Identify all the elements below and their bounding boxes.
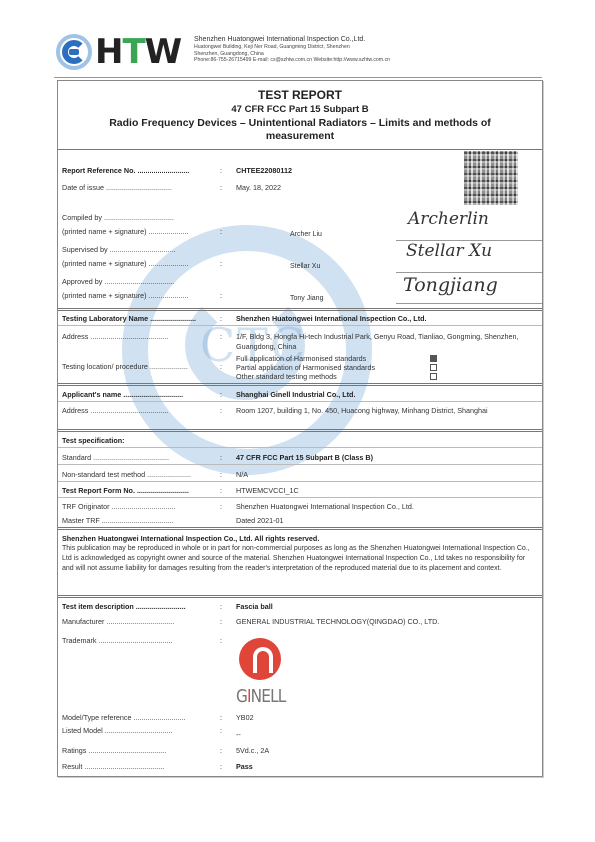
- company-name: Shenzhen Huatongwei International Inspec…: [194, 36, 390, 44]
- ginell-wordmark: GINELL: [236, 686, 285, 707]
- supervised-by-signature: Stellar Xu: [406, 241, 492, 261]
- listed-model-value: --: [236, 730, 241, 740]
- manufacturer-value: GENERAL INDUSTRIAL TECHNOLOGY(QINGDAO) C…: [236, 617, 439, 627]
- standard-value: 47 CFR FCC Part 15 Subpart B (Class B): [236, 453, 373, 463]
- divider: [58, 595, 542, 598]
- copyright-text: This publication may be reproduced in wh…: [62, 544, 536, 573]
- divider: [58, 149, 542, 150]
- lab-name-value: Shenzhen Huatongwei International Inspec…: [236, 314, 426, 324]
- report-standard: 47 CFR FCC Part 15 Subpart B: [58, 104, 542, 115]
- divider: [58, 383, 542, 386]
- copyright-heading: Shenzhen Huatongwei International Inspec…: [62, 534, 319, 543]
- company-address-1: Huatongwei Building, Keji Ner Road, Guan…: [194, 44, 390, 51]
- originator-value: Shenzhen Huatongwei International Inspec…: [236, 502, 414, 512]
- divider: [58, 429, 542, 432]
- compiled-by-signature: Archerlin: [408, 209, 489, 229]
- htw-logo: HTW: [54, 32, 189, 76]
- report-ref-value: CHTEE22080112: [236, 166, 292, 176]
- report-frame: TEST REPORT 47 CFR FCC Part 15 Subpart B…: [57, 80, 543, 777]
- qr-code: [464, 151, 518, 205]
- checkbox-partial[interactable]: [430, 364, 437, 371]
- company-contact: Phone:86-755-26715499 E-mail: cs@szhtw.c…: [194, 57, 390, 64]
- compiled-by-name: Archer Liu: [290, 231, 322, 238]
- company-info: Shenzhen Huatongwei International Inspec…: [194, 36, 390, 64]
- supervised-by-name: Stellar Xu: [290, 263, 320, 270]
- checkbox-other[interactable]: [430, 373, 437, 380]
- item-desc-value: Fascia ball: [236, 602, 273, 612]
- divider: [58, 308, 542, 311]
- approved-by-name: Tony Jiang: [290, 295, 323, 302]
- logo-wordmark: HTW: [95, 34, 181, 70]
- result-value: Pass: [236, 762, 253, 772]
- ginell-circle-icon: [239, 638, 281, 680]
- applicant-name-value: Shanghai Ginell Industrial Co., Ltd.: [236, 390, 355, 400]
- ratings-value: 5Vd.c., 2A: [236, 746, 269, 756]
- model-value: YB02: [236, 713, 254, 723]
- company-address-2: Shenzhen, Guangdong, China: [194, 51, 390, 58]
- trademark-logo: GINELL: [236, 638, 296, 714]
- report-description: Radio Frequency Devices – Unintentional …: [78, 117, 522, 143]
- trf-value: HTWEMCVCCI_1C: [236, 486, 299, 496]
- header-divider: [54, 77, 542, 78]
- nonstd-value: N/A: [236, 470, 248, 480]
- master-trf-value: Dated 2021-01: [236, 516, 284, 526]
- checkbox-full[interactable]: [430, 355, 437, 362]
- lab-address-value: 1/F, Bldg 3, Hongfa Hi-tech Industrial P…: [236, 332, 536, 351]
- date-value: May. 18, 2022: [236, 183, 281, 193]
- applicant-address-value: Room 1207, building 1, No. 450, Huacong …: [236, 406, 536, 416]
- procedure-other: Other standard testing methods: [236, 372, 337, 382]
- report-title: TEST REPORT: [58, 88, 542, 102]
- approved-by-signature: Tongjiang: [403, 274, 498, 296]
- divider: [58, 527, 542, 530]
- letterhead: HTW Shenzhen Huatongwei International In…: [54, 32, 544, 76]
